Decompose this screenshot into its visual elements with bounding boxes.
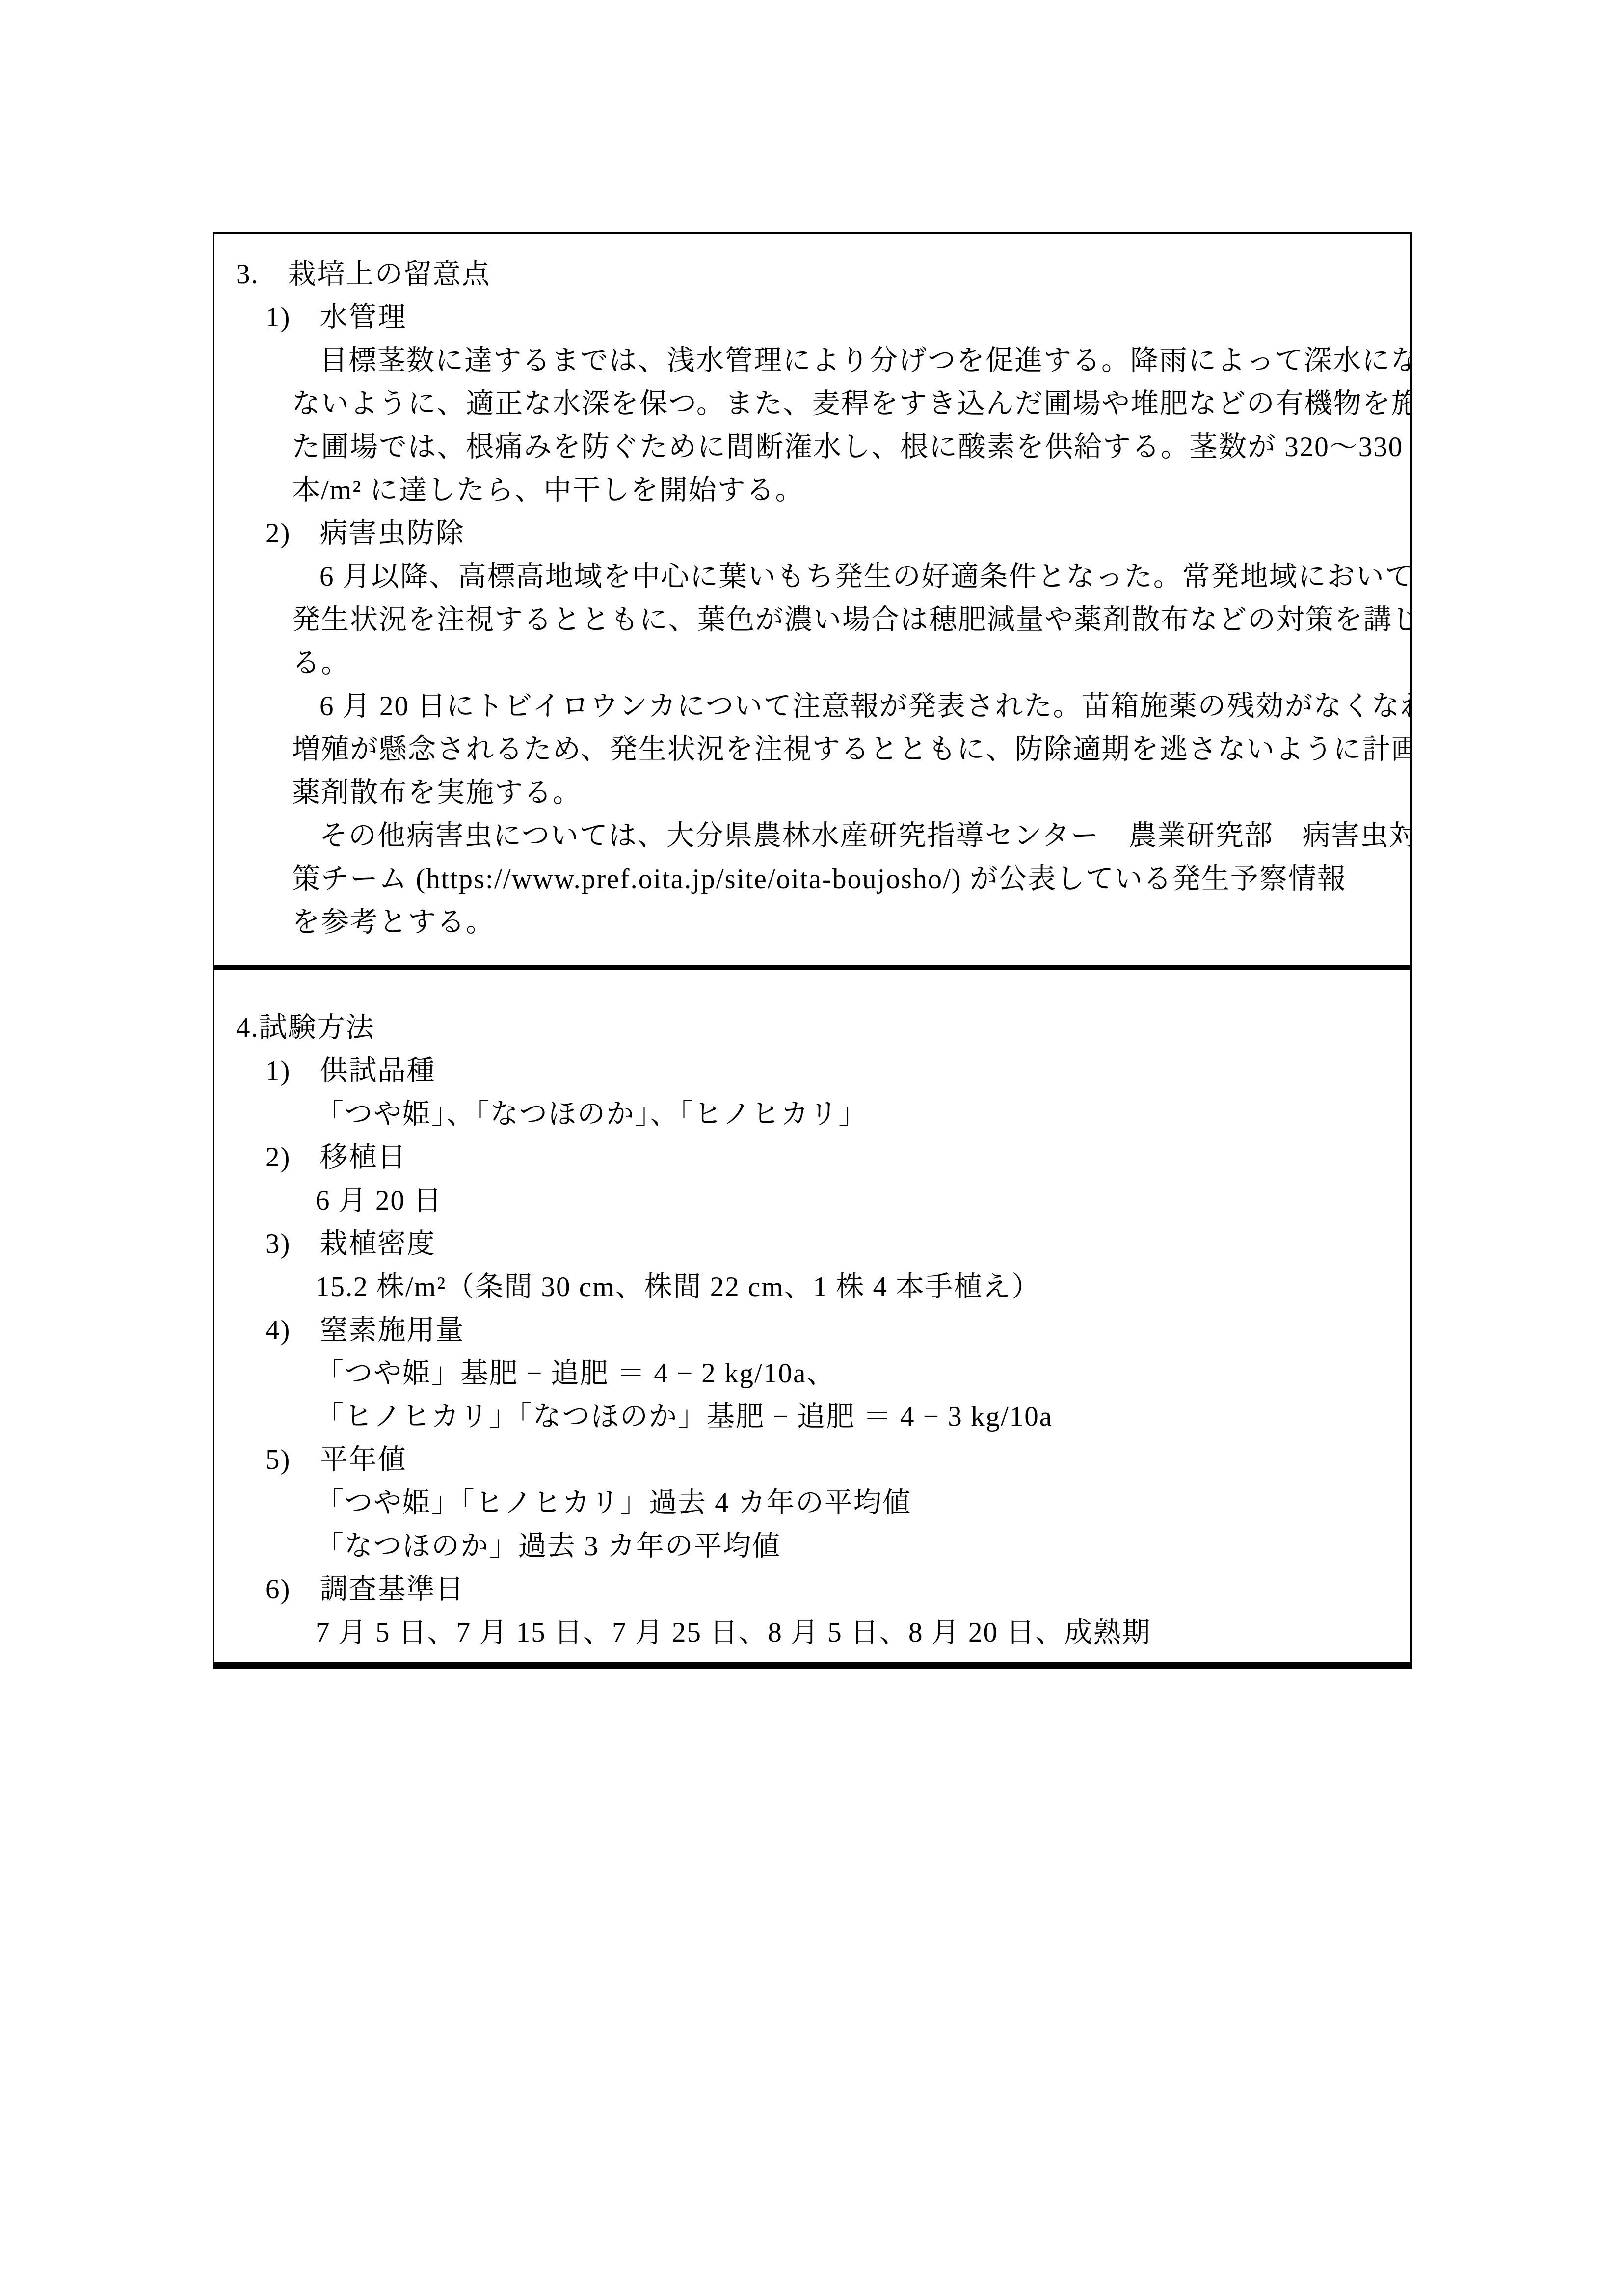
planting-density-value: 15.2 株/m²（条間 30 cm、株間 22 cm、1 株 4 本手植え） [214, 1266, 1410, 1309]
water-management-paragraph-line-2: ないように、適正な水深を保つ。また、麦稈をすき込んだ圃場や堆肥などの有機物を施用… [214, 382, 1410, 426]
nitrogen-tsuyahime-value: 「つや姫」基肥 − 追肥 ＝ 4 − 2 kg/10a、 [214, 1352, 1410, 1395]
item3-planting-density-heading: 3) 栽植密度 [214, 1222, 1410, 1266]
pest-control-paragraph2-line-2: 増殖が懸念されるため、発生状況を注視するとともに、防除適期を逃さないように計画的… [214, 728, 1410, 771]
item2-transplant-date-heading: 2) 移植日 [214, 1136, 1410, 1179]
test-varieties-value: 「つや姫」、「なつほのか」、「ヒノヒカリ」 [214, 1093, 1410, 1136]
item1-test-varieties-heading: 1) 供試品種 [214, 1050, 1410, 1093]
nitrogen-hinohikari-natsuhonoka-value: 「ヒノヒカリ」「なつほのか」基肥 − 追肥 ＝ 4 − 3 kg/10a [214, 1395, 1410, 1438]
survey-reference-dates-value: 7 月 5 日、7 月 15 日、7 月 25 日、8 月 5 日、8 月 20… [214, 1611, 1410, 1654]
normal-year-value-line-1: 「つや姫」「ヒノヒカリ」過去 4 カ年の平均値 [214, 1482, 1410, 1525]
pest-control-paragraph1-line-2: 発生状況を注視するとともに、葉色が濃い場合は穂肥減量や薬剤散布などの対策を講じ [214, 598, 1410, 642]
item2-pest-control-heading: 2) 病害虫防除 [214, 512, 1410, 555]
section4-heading: 4.試験方法 [214, 1006, 1410, 1050]
pest-control-paragraph3-line-2-url: 策チーム (https://www.pref.oita.jp/site/oita… [214, 858, 1410, 901]
transplant-date-value: 6 月 20 日 [214, 1179, 1410, 1222]
item1-water-management-heading: 1) 水管理 [214, 296, 1410, 339]
normal-year-value-line-2: 「なつほのか」過去 3 カ年の平均値 [214, 1525, 1410, 1568]
item6-survey-reference-dates-heading: 6) 調査基準日 [214, 1568, 1410, 1611]
document-page: { "colors": { "background": "#ffffff", "… [0, 0, 1623, 2296]
pest-control-paragraph1-line-1: 6 月以降、高標高地域を中心に葉いもち発生の好適条件となった。常発地域においては [214, 555, 1410, 598]
water-management-paragraph-line-4: 本/m² に達したら、中干しを開始する。 [214, 469, 1410, 512]
item5-normal-year-value-heading: 5) 平年値 [214, 1438, 1410, 1482]
pest-control-paragraph2-line-3: 薬剤散布を実施する。 [214, 771, 1410, 814]
water-management-paragraph-line-1: 目標茎数に達するまでは、浅水管理により分げつを促進する。降雨によって深水になら [214, 339, 1410, 382]
section4-test-methods-box: 4.試験方法 1) 供試品種 「つや姫」、「なつほのか」、「ヒノヒカリ」 2) … [213, 970, 1412, 1669]
section3-heading: 3. 栽培上の留意点 [214, 253, 1410, 296]
pest-control-paragraph2-line-1: 6 月 20 日にトビイロウンカについて注意報が発表された。苗箱施薬の残効がなく… [214, 685, 1410, 728]
pest-control-paragraph3-line-3: を参考とする。 [214, 901, 1410, 944]
water-management-paragraph-line-3: た圃場では、根痛みを防ぐために間断潅水し、根に酸素を供給する。茎数が 320～3… [214, 426, 1410, 469]
section3-cultivation-notes-box: 3. 栽培上の留意点 1) 水管理 目標茎数に達するまでは、浅水管理により分げつ… [213, 232, 1412, 970]
pest-control-paragraph3-line-1: その他病害虫については、大分県農林水産研究指導センター 農業研究部 病害虫対 [214, 814, 1410, 858]
pest-control-paragraph1-line-3: る。 [214, 642, 1410, 685]
item4-nitrogen-application-heading: 4) 窒素施用量 [214, 1309, 1410, 1352]
